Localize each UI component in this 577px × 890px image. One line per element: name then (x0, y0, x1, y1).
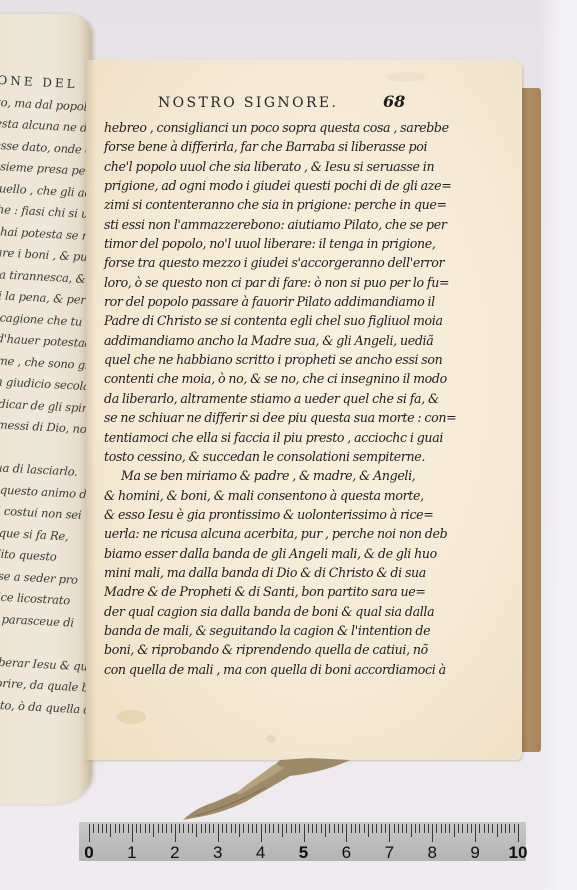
text-line: zimi si contenteranno che sia in prigion… (104, 195, 514, 214)
ruler-tick (291, 824, 292, 833)
text-line: rlo morire, da quale banda (0, 671, 66, 698)
ruler-tick (218, 824, 219, 842)
ruler-tick (196, 824, 197, 837)
ruler-tick (406, 824, 407, 833)
ruler-label: 5 (299, 843, 308, 863)
foxing-stain (266, 735, 276, 743)
ruler-tick (162, 824, 163, 833)
ruler-tick (514, 824, 515, 833)
ruler-tick (89, 824, 90, 842)
ruler-tick (312, 824, 313, 833)
ruler-tick (497, 824, 498, 837)
ruler-label: 8 (427, 843, 436, 863)
ruler-tick (364, 824, 365, 833)
ruler-tick (376, 824, 377, 833)
ruler-tick (205, 824, 206, 833)
text-line: & esso Iesu è gia prontissimo & uolonter… (104, 505, 514, 524)
ruler-tick (115, 824, 116, 833)
ruler-tick (149, 824, 150, 833)
ruler-tick (140, 824, 141, 833)
ruler-tick (471, 824, 472, 833)
ruler-tick (346, 824, 347, 842)
ruler-tick (158, 824, 159, 833)
ruler-tick (128, 824, 129, 833)
ruler-tick (175, 824, 176, 842)
ruler-tick (252, 824, 253, 833)
ruler-tick (385, 824, 386, 833)
ruler-tick (286, 824, 287, 833)
ruler-tick (398, 824, 399, 833)
ruler-tick (295, 824, 296, 833)
text-line: sti essi non l'ammazzerebono: aiutiamo P… (104, 215, 514, 234)
ruler-tick (209, 824, 210, 833)
ruler-tick (308, 824, 309, 833)
text-line: der qual cagion sia dalla banda de boni … (104, 602, 514, 621)
ruler-tick (98, 824, 99, 833)
text-line: con quella de mali , ma con quella di bo… (104, 660, 514, 679)
ruler-tick (243, 824, 244, 833)
folio-number: 68 (383, 92, 405, 111)
ruler-tick (132, 824, 133, 842)
text-line: ror del popolo passare à fauorir Pilato … (104, 292, 514, 311)
ruler-tick (467, 824, 468, 833)
ruler-tick (462, 824, 463, 833)
ruler-label: 1 (127, 843, 136, 863)
vellum-cover-edge (521, 88, 541, 752)
ruler-tick (359, 824, 360, 833)
ruler-tick (192, 824, 193, 833)
ruler-tick (123, 824, 124, 833)
ruler-tick (222, 824, 223, 833)
ruler-tick (248, 824, 249, 833)
text-line: Ma se ben miriamo & padre , & madre, & A… (104, 466, 514, 485)
ruler-ticks (89, 824, 518, 844)
ruler-tick (213, 824, 214, 833)
text-line: boni, & riprobando & riprendendo quella … (104, 640, 514, 659)
ruler-tick (93, 824, 94, 833)
right-page: NOSTRO SIGNORE. 68 hebreo , consiglianci… (86, 60, 522, 760)
ruler-tick (479, 824, 480, 833)
ruler-tick (325, 824, 326, 837)
text-line: quel che ne habbiano scritto i propheti … (104, 350, 514, 369)
ruler-tick (475, 824, 476, 842)
ruler-tick (355, 824, 356, 833)
ruler-tick (136, 824, 137, 833)
ruler-tick (449, 824, 450, 833)
text-line: forse tra questo mezzo i giudei s'accorg… (104, 253, 514, 272)
running-head: NOSTRO SIGNORE. 68 (86, 95, 522, 115)
ruler-tick (278, 824, 279, 833)
ruler-tick (110, 824, 111, 837)
text-line: no messi di Dio, non si (0, 414, 80, 441)
ruler-tick (411, 824, 412, 837)
text-line: Padre di Christo se si contenta egli che… (104, 311, 514, 330)
text-line: banda de mali, & seguitando la cagion & … (104, 621, 514, 640)
ruler-label: 3 (213, 843, 222, 863)
text-line: rcaua di lasciarlo. (0, 456, 78, 483)
ruler-tick (501, 824, 502, 833)
ruler-tick (394, 824, 395, 833)
text-line: hebreo , consiglianci un poco sopra ques… (104, 118, 514, 137)
foxing-stain (116, 710, 146, 724)
ruler-tick (166, 824, 167, 833)
ruler-tick (171, 824, 172, 833)
ruler-label: 4 (256, 843, 265, 863)
ruler-tick (351, 824, 352, 833)
ruler-tick (316, 824, 317, 833)
ruler-tick (492, 824, 493, 833)
text-line: che'l popolo uuol che sia liberato , & I… (104, 157, 514, 176)
ruler-tick (505, 824, 506, 833)
ruler-tick (419, 824, 420, 833)
text-line: da liberarlo, altramente stiamo a ueder … (104, 389, 514, 408)
ruler-tick (102, 824, 103, 833)
ruler-label: 9 (470, 843, 479, 863)
ruler-tick (269, 824, 270, 833)
ruler-tick (368, 824, 369, 837)
text-line: biamo esser dalla banda de gli Angeli ma… (104, 544, 514, 563)
ruler-tick (509, 824, 510, 833)
ruler-tick (119, 824, 120, 833)
ruler-tick (445, 824, 446, 833)
ruler-tick (201, 824, 202, 833)
text-line: lasci costui non sei (0, 499, 75, 526)
ruler-tick (334, 824, 335, 833)
ruler-tick (381, 824, 382, 833)
ruler-tick (458, 824, 459, 833)
ruler-tick (488, 824, 489, 833)
ruler-tick (321, 824, 322, 833)
ruler-label: 6 (342, 843, 351, 863)
ruler-tick (402, 824, 403, 833)
text-line: loro, ò se questo non ci par di fare: ò … (104, 273, 514, 292)
ruler-tick (235, 824, 236, 833)
ruler-label: 7 (385, 843, 394, 863)
ruler-tick (518, 824, 519, 842)
ruler-tick (428, 824, 429, 833)
ruler-tick (484, 824, 485, 833)
ruler-tick (338, 824, 339, 833)
ruler-tick (454, 824, 455, 837)
background-shadow (540, 0, 577, 890)
text-line: Madre & de Propheti & di Santi, bon part… (104, 582, 514, 601)
ruler-tick (441, 824, 442, 833)
ruler-tick (424, 824, 425, 833)
ruler-tick (389, 824, 390, 842)
ruler-tick (372, 824, 373, 833)
ruler-tick (304, 824, 305, 842)
running-head-title: NOSTRO SIGNORE. (158, 95, 338, 111)
ruler-tick (415, 824, 416, 833)
ruler-tick (261, 824, 262, 842)
ruler-tick (106, 824, 107, 833)
ruler-tick (153, 824, 154, 837)
text-line: prigione, ad ogni modo i giudei questi p… (104, 176, 514, 195)
ruler-tick (179, 824, 180, 833)
ruler-tick (231, 824, 232, 833)
text-line: contenti che moia, ò no, & se no, che ci… (104, 369, 514, 388)
ribbon-bookmark (175, 758, 375, 820)
text-line: tosto cessino, & succedan le consolation… (104, 447, 514, 466)
measurement-scale: 012345678910 (79, 822, 526, 861)
ruler-tick (145, 824, 146, 833)
text-line: tentiamoci che ella si faccia il piu pre… (104, 428, 514, 447)
ruler-tick (329, 824, 330, 833)
ruler-tick (188, 824, 189, 833)
ruler-tick (239, 824, 240, 837)
ruler-tick (436, 824, 437, 833)
text-line: timor del popolo, no'l uuol liberare: il… (104, 234, 514, 253)
text-line: se ne schiuar ne differir si dee piu que… (104, 408, 514, 427)
text-line: a di liberar Iesu & qui (0, 650, 67, 677)
ruler-tick (299, 824, 300, 833)
ruler-tick (256, 824, 257, 833)
text-line: l si dice licostrato (0, 585, 71, 612)
ruler-label: 10 (509, 843, 528, 863)
ruler-tick (432, 824, 433, 842)
right-page-body-text: hebreo , consiglianci un poco sopra ques… (104, 118, 514, 679)
text-line: uerla: ne ricusa alcuna acerbita, pur , … (104, 524, 514, 543)
ruler-tick (226, 824, 227, 833)
ruler-label: 2 (170, 843, 179, 863)
ruler-tick (282, 824, 283, 837)
ruler-label: 0 (84, 843, 93, 863)
text-line: forse bene à differirla, far che Barraba… (104, 137, 514, 156)
text-line: & homini, & boni, & mali consentono à qu… (104, 486, 514, 505)
ruler-tick (183, 824, 184, 833)
ruler-tick (342, 824, 343, 833)
text-line: addimandiamo ancho la Madre sua, & gli A… (104, 331, 514, 350)
foxing-stain (386, 72, 426, 82)
ruler-tick (273, 824, 274, 833)
left-page: ONE DEL to, ma dal popolo d'Israelesta a… (0, 14, 92, 804)
text-line: mini mali, ma dalla banda di Dio & di Ch… (104, 563, 514, 582)
ruler-tick (265, 824, 266, 833)
